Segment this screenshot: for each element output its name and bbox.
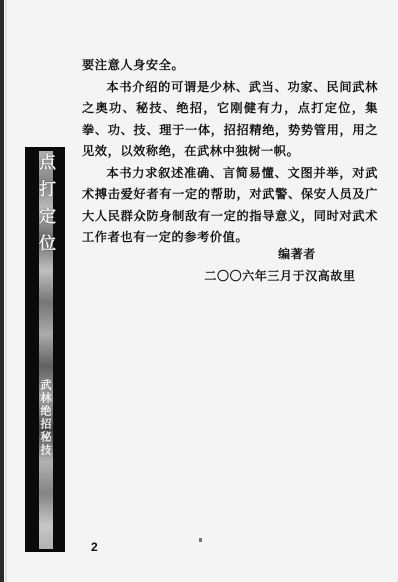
book-spine-image: 点打定位 武林绝招秘技 xyxy=(25,147,65,552)
spine-title: 点打定位 xyxy=(35,153,55,261)
preface-body: 要注意人身安全。 本书介绍的可谓是少林、武当、功家、民间武林之奥功、秘技、绝招，… xyxy=(82,55,378,249)
paragraph-book-purpose: 本书力求叙述准确、言简易懂、文图并举，对武术搏击爱好者有一定的帮助，对武警、保安… xyxy=(82,163,378,249)
paragraph-book-content: 本书介绍的可谓是少林、武当、功家、民间武林之奥功、秘技、绝招，它刚健有力，点打定… xyxy=(82,77,378,163)
page-number: 2 xyxy=(91,540,98,554)
signature-date-place: 二〇〇六年三月于汉高故里 xyxy=(204,269,355,283)
paragraph-continuation: 要注意人身安全。 xyxy=(82,55,378,77)
signature-author: 编著者 xyxy=(200,243,360,265)
spine-subtitle: 武林绝招秘技 xyxy=(37,379,53,457)
page-edge-shadow xyxy=(0,0,4,582)
page-edge-highlight xyxy=(5,0,7,582)
signature-block: 编著者 二〇〇六年三月于汉高故里 xyxy=(200,243,360,287)
scan-artifact xyxy=(199,538,202,542)
